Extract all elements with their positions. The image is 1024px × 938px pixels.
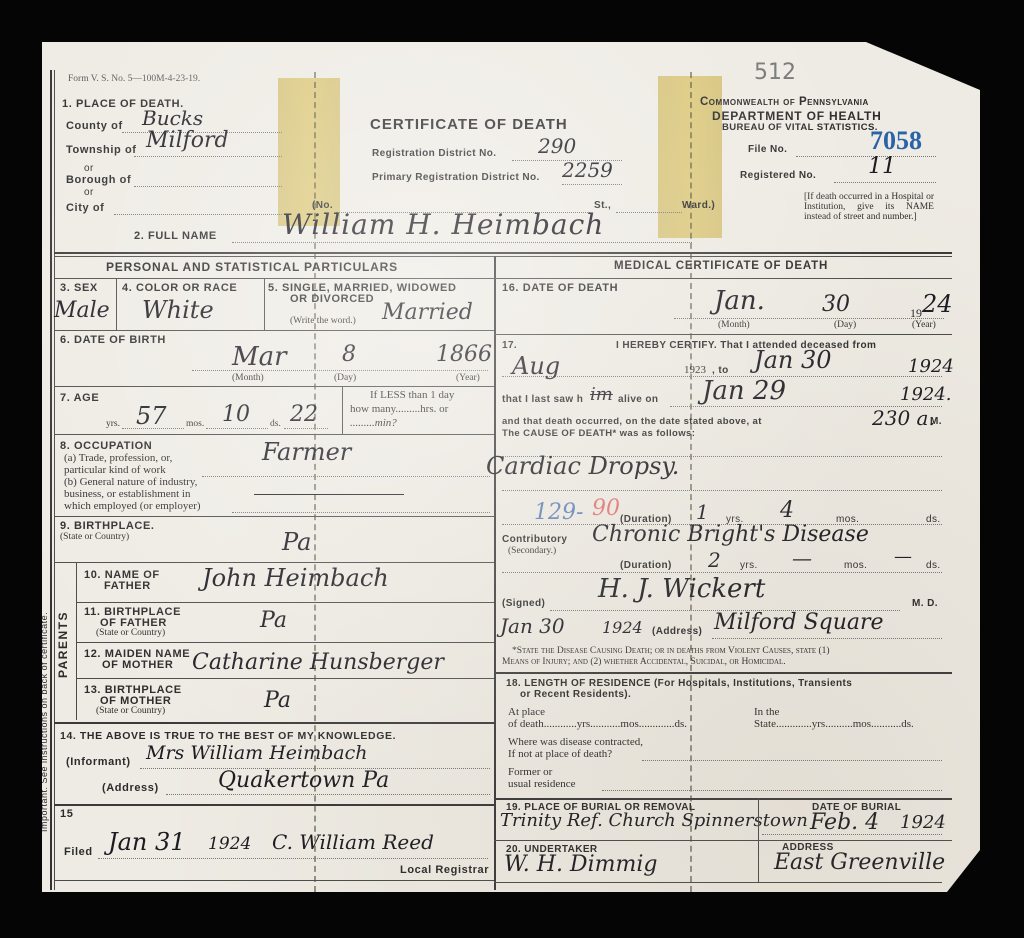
registrar-label: Local Registrar xyxy=(400,864,489,876)
certificate-title: CERTIFICATE OF DEATH xyxy=(370,116,568,133)
marital-label-2: OR DIVORCED xyxy=(290,293,374,305)
contracted-label-1: Where was disease contracted, xyxy=(508,736,643,748)
column-divider xyxy=(494,256,496,890)
item-17-label: 17. xyxy=(502,340,517,351)
mother-name: Catharine Hunsberger xyxy=(192,650,444,675)
footnote-line-1: *State the Disease Causing Death; or in … xyxy=(512,646,830,656)
informant-value: Mrs William Heimbach xyxy=(146,742,368,764)
last-saw-date: Jan 29 xyxy=(702,376,786,406)
occupation-b-3: which employed (or employer) xyxy=(64,500,201,512)
burial-place: Trinity Ref. Church Spinnerstown xyxy=(500,810,808,831)
dod-year-prefix: 19 xyxy=(910,306,922,321)
occupation-label: 8. OCCUPATION xyxy=(60,440,152,452)
caption-day: (Day) xyxy=(834,320,856,330)
residence-label-2: or Recent Residents). xyxy=(520,689,631,700)
sex-label: 3. SEX xyxy=(60,282,98,294)
caption-ds: ds. xyxy=(926,514,941,525)
attended-to-year: 1924 xyxy=(908,356,954,377)
caption-year: (Year) xyxy=(912,320,936,330)
form-number: Form V. S. No. 5—100M-4-23-19. xyxy=(68,74,200,84)
dod-label: 16. DATE OF DEATH xyxy=(502,282,618,294)
contributory-duration-days: — xyxy=(894,546,912,567)
death-certificate: Important. See instructions on back of c… xyxy=(42,42,980,892)
township-value: Milford xyxy=(146,128,229,153)
birthplace-value: Pa xyxy=(282,528,311,556)
less-than-day-1: If LESS than 1 day xyxy=(370,389,454,401)
agency-commonwealth: Commonwealth of Pennsylvania xyxy=(700,96,869,108)
primary-reg-value: 2259 xyxy=(562,158,613,182)
left-border xyxy=(50,70,52,890)
hospital-note: [If death occurred in a Hospital or Inst… xyxy=(804,192,934,222)
at-place-label-1: At place xyxy=(508,706,545,718)
registrar-signature: C. William Reed xyxy=(272,830,434,854)
caption-yrs: yrs. xyxy=(106,419,120,429)
former-residence-label-1: Former or xyxy=(508,766,552,778)
md-label: M. D. xyxy=(912,598,938,609)
occupation-b-2: business, or establishment in xyxy=(64,488,191,500)
registered-no-value: 11 xyxy=(868,154,896,179)
mother-birthplace: Pa xyxy=(264,688,291,713)
code-red: 90 xyxy=(592,496,620,521)
father-label-2: FATHER xyxy=(104,580,151,592)
attended-from: Aug xyxy=(512,352,560,380)
certify-text: I HEREBY CERTIFY. That I attended deceas… xyxy=(616,340,876,351)
residence-label: 18. LENGTH OF RESIDENCE (For Hospitals, … xyxy=(506,678,852,689)
duration-label: (Duration) xyxy=(620,560,672,571)
informant-address-label: (Address) xyxy=(102,782,159,794)
reg-district-label: Registration District No. xyxy=(372,148,496,159)
secondary-hint: (Secondary.) xyxy=(508,546,556,556)
physician-address-label: (Address) xyxy=(652,626,702,637)
less-than-day-3: .........min? xyxy=(350,417,397,429)
footnote-line-2: Means of Injury; and (2) whether Acciden… xyxy=(502,657,786,667)
to-label: , to xyxy=(712,365,729,376)
contributory-label: Contributory xyxy=(502,534,567,545)
last-saw-label: that I last saw h xyxy=(502,394,583,405)
death-time: 230 a. xyxy=(872,406,935,430)
dob-month: Mar xyxy=(232,342,287,372)
city-label: City of xyxy=(66,202,104,214)
dod-year: 24 xyxy=(922,290,953,318)
marital-value: Married xyxy=(382,300,473,325)
age-label: 7. AGE xyxy=(60,392,99,404)
full-name-value: William H. Heimbach xyxy=(282,208,604,241)
age-months: 10 xyxy=(222,402,250,427)
parents-label: PARENTS xyxy=(56,611,70,678)
contributory-duration-months: — xyxy=(792,546,812,570)
borough-label: Borough of xyxy=(66,174,131,186)
birthplace-hint: (State or Country) xyxy=(60,532,129,542)
occupation-value: Farmer xyxy=(262,438,351,466)
attended-from-year: 1923 xyxy=(684,364,706,376)
dod-day: 30 xyxy=(822,292,850,317)
undertaker-name: W. H. Dimmig xyxy=(504,852,657,877)
contributory-duration-years: 2 xyxy=(708,548,721,572)
margin-note: Important. See instructions on back of c… xyxy=(39,612,49,832)
caption-mos: mos. xyxy=(844,560,867,571)
alive-on-label: alive on xyxy=(618,394,658,405)
item-15-label: 15 xyxy=(60,808,73,820)
file-no-label: File No. xyxy=(748,144,787,155)
agency-bureau: BUREAU OF VITAL STATISTICS. xyxy=(722,122,878,133)
reg-district-value: 290 xyxy=(538,134,576,158)
signed-label: (Signed) xyxy=(502,598,545,609)
sex-value: Male xyxy=(54,298,110,323)
death-time-label: and that death occurred, on the date sta… xyxy=(502,416,762,427)
marital-hint: (Write the word.) xyxy=(290,316,356,326)
occupation-a-2: particular kind of work xyxy=(64,464,166,476)
birthplace-label: 9. BIRTHPLACE. xyxy=(60,520,155,532)
township-label: Township of xyxy=(66,144,137,156)
dob-day: 8 xyxy=(342,342,356,367)
mother-label-2: OF MOTHER xyxy=(102,659,173,671)
race-value: White xyxy=(142,296,214,324)
burial-date: Feb. 4 xyxy=(810,810,879,835)
in-state-label-1: In the xyxy=(754,706,779,718)
filed-date: Jan 31 xyxy=(108,828,186,856)
true-statement: 14. THE ABOVE IS TRUE TO THE BEST OF MY … xyxy=(60,730,396,742)
occupation-b-1: (b) General nature of industry, xyxy=(64,476,197,488)
caption-ds: ds. xyxy=(270,419,281,429)
signature-year: 1924 xyxy=(602,618,643,637)
fold-line-right xyxy=(690,72,692,892)
father-birthplace-hint: (State or Country) xyxy=(96,628,165,638)
personal-heading: PERSONAL AND STATISTICAL PARTICULARS xyxy=(106,260,398,274)
father-birthplace: Pa xyxy=(260,608,287,633)
race-label: 4. COLOR OR RACE xyxy=(122,282,237,294)
or-label: or xyxy=(84,163,94,174)
less-than-day-2: how many.........hrs. or xyxy=(350,403,448,415)
father-name: John Heimbach xyxy=(202,564,389,592)
cause-of-death: Cardiac Dropsy. xyxy=(486,452,679,480)
contracted-label-2: If not at place of death? xyxy=(508,748,612,760)
caption-month: (Month) xyxy=(718,320,750,330)
caption-year: (Year) xyxy=(456,373,480,383)
in-state-label-2: State.............yrs..........mos......… xyxy=(754,718,914,730)
caption-day: (Day) xyxy=(334,373,356,383)
dob-label: 6. DATE OF BIRTH xyxy=(60,334,166,346)
caption-month: (Month) xyxy=(232,373,264,383)
meridiem-label: M. xyxy=(930,416,942,427)
burial-year: 1924 xyxy=(900,812,946,833)
agency-department: DEPARTMENT OF HEALTH xyxy=(712,109,882,123)
physician-signature: H. J. Wickert xyxy=(598,574,765,604)
attended-to: Jan 30 xyxy=(754,346,832,374)
ward-label: Ward.) xyxy=(682,200,715,211)
dod-month: Jan. xyxy=(714,286,765,316)
cause-duration-months: 4 xyxy=(780,498,794,523)
informant-address: Quakertown Pa xyxy=(218,768,389,793)
physician-address: Milford Square xyxy=(714,610,884,635)
code-blue: 129- xyxy=(534,500,583,525)
last-saw-struck: im xyxy=(590,384,613,405)
pencil-number: 512 xyxy=(754,60,796,85)
primary-reg-label: Primary Registration District No. xyxy=(372,172,540,183)
filed-year: 1924 xyxy=(208,834,251,854)
cause-label: The CAUSE OF DEATH* was as follows: xyxy=(502,428,695,439)
or-label: or xyxy=(84,187,94,198)
dob-year: 1866 xyxy=(436,342,492,367)
medical-heading: MEDICAL CERTIFICATE OF DEATH xyxy=(614,260,828,272)
signature-date: Jan 30 xyxy=(500,614,565,638)
left-border-inner xyxy=(54,70,55,890)
caption-mos: mos. xyxy=(186,419,204,429)
full-name-label: 2. FULL NAME xyxy=(134,230,217,242)
cause-duration-years: 1 xyxy=(696,500,709,524)
county-label: County of xyxy=(66,120,123,132)
registered-no-label: Registered No. xyxy=(740,170,816,181)
former-residence-label-2: usual residence xyxy=(508,778,576,790)
county-value: Bucks xyxy=(142,106,203,130)
contributory-cause: Chronic Bright's Disease xyxy=(592,522,869,547)
undertaker-address: East Greenville xyxy=(774,850,945,875)
informant-label: (Informant) xyxy=(66,756,131,768)
filed-label: Filed xyxy=(64,846,93,858)
caption-yrs: yrs. xyxy=(740,560,758,571)
caption-ds: ds. xyxy=(926,560,941,571)
age-years: 57 xyxy=(136,402,167,430)
mother-birthplace-hint: (State or Country) xyxy=(96,706,165,716)
at-place-label-2: of death............yrs...........mos...… xyxy=(508,718,687,730)
occupation-a-1: (a) Trade, profession, or, xyxy=(64,452,172,464)
last-saw-year: 1924. xyxy=(900,384,952,405)
file-stamp: 7058 xyxy=(870,126,922,156)
age-days: 22 xyxy=(290,402,318,427)
